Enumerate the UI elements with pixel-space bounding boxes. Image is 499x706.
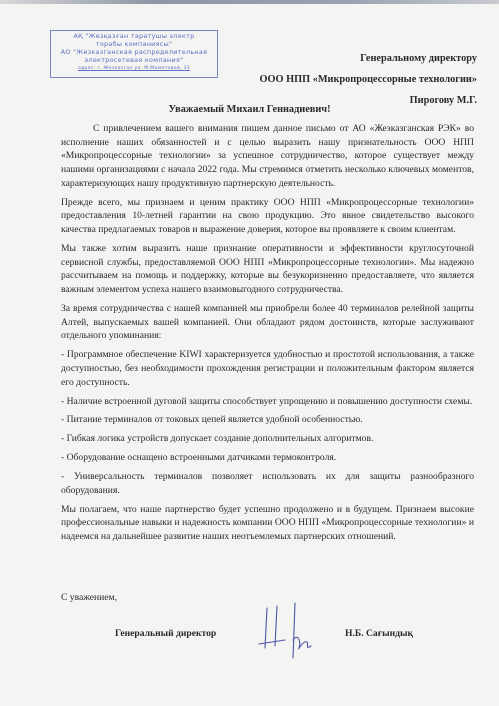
paragraph-terminals: За время сотрудничества с нашей компание… (61, 302, 474, 343)
addressee-company: ООО НПП «Микропроцессорные технологии» (259, 69, 477, 90)
list-item: - Наличие встроенной дуговой защиты спос… (61, 395, 474, 409)
letter-body: С привлечением вашего внимания пишем дан… (61, 122, 474, 549)
stamp-line-1: АҚ "Жезқазған таратушы электр (51, 32, 217, 40)
paragraph-intro: С привлечением вашего внимания пишем дан… (61, 122, 474, 191)
paragraph-warranty: Прежде всего, мы признаем и ценим практи… (61, 196, 474, 237)
stamp-line-3: АО "Жезказганская распределительная (51, 48, 217, 56)
list-item: - Оборудование оснащено встроенными датч… (61, 451, 474, 465)
stamp-line-2: торабы компаниясы" (51, 40, 217, 48)
scan-top-edge (0, 0, 499, 4)
paragraph-service: Мы также хотим выразить наше признание о… (61, 242, 474, 297)
closing-phrase: С уважением, (61, 592, 117, 603)
signatory-name: Н.Б. Сағындық (345, 628, 413, 639)
salutation: Уважаемый Михаил Геннадиевич! (0, 104, 499, 115)
stamp-line-4: электросетевая компания" (51, 56, 217, 64)
paragraph-conclusion: Мы полагаем, что наше партнерство будет … (61, 503, 474, 544)
list-item: - Универсальность терминалов позволяет и… (61, 470, 474, 497)
addressee-position: Генеральному директору (259, 48, 477, 69)
addressee-block: Генеральному директору ООО НПП «Микропро… (259, 48, 477, 111)
list-item: - Питание терминалов от токовых цепей яв… (61, 413, 474, 427)
handwritten-signature-icon (255, 600, 325, 662)
company-stamp: АҚ "Жезқазған таратушы электр торабы ком… (50, 30, 218, 78)
list-item: - Программное обеспечение KIWI характери… (61, 348, 474, 389)
list-item: - Гибкая логика устройств допускает созд… (61, 432, 474, 446)
stamp-address: адрес: г. Жезказган ул. М.Маметовой, 33 (51, 65, 217, 73)
signatory-title: Генеральный директор (115, 628, 216, 639)
